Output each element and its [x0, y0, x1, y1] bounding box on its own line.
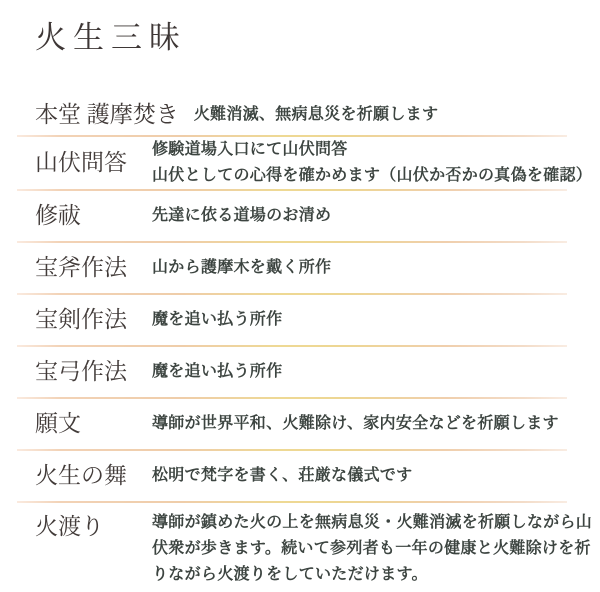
- ritual-schedule-table: 本堂 護摩焚き 火難消滅、無病息災を祈願します 山伏問答 修験道場入口にて山伏問…: [0, 95, 600, 592]
- ritual-description: 導師が鎮めた火の上を無病息災・火難消滅を祈願しながら山伏衆が歩きます。続いて参列…: [152, 510, 596, 588]
- ritual-term: 宝弓作法: [35, 358, 152, 386]
- ritual-description: 修験道場入口にて山伏問答 山伏としての心得を確かめます（山伏か否かの真偽を確認）: [152, 137, 592, 189]
- ritual-row: 宝弓作法 魔を追い払う所作: [0, 347, 600, 397]
- ritual-term: 山伏問答: [35, 149, 152, 177]
- ritual-term: 宝斧作法: [35, 254, 152, 282]
- ritual-description: 魔を追い払う所作: [152, 307, 282, 333]
- ritual-row: 山伏問答 修験道場入口にて山伏問答 山伏としての心得を確かめます（山伏か否かの真…: [0, 137, 600, 189]
- ritual-row: 宝剣作法 魔を追い払う所作: [0, 295, 600, 345]
- ritual-row: 本堂 護摩焚き 火難消滅、無病息災を祈願します: [0, 95, 600, 135]
- ritual-description: 山から護摩木を戴く所作: [152, 255, 331, 281]
- ritual-row: 願文 導師が世界平和、火難除け、家内安全などを祈願します: [0, 399, 600, 449]
- ritual-term: 火生の舞: [35, 462, 152, 490]
- ritual-term: 本堂 護摩焚き: [35, 101, 194, 129]
- ritual-row: 火生の舞 松明で梵字を書く、荘厳な儀式です: [0, 451, 600, 501]
- page-title: 火生三昧: [35, 19, 600, 57]
- ritual-schedule-page: 火生三昧 本堂 護摩焚き 火難消滅、無病息災を祈願します 山伏問答 修験道場入口…: [0, 0, 600, 592]
- ritual-description: 火難消滅、無病息災を祈願します: [194, 102, 439, 128]
- ritual-description: 魔を追い払う所作: [152, 359, 282, 385]
- ritual-description: 導師が世界平和、火難除け、家内安全などを祈願します: [152, 411, 559, 437]
- ritual-term: 願文: [35, 410, 152, 438]
- ritual-description: 先達に依る道場のお清め: [152, 203, 331, 229]
- ritual-row: 宝斧作法 山から護摩木を戴く所作: [0, 243, 600, 293]
- ritual-term: 宝剣作法: [35, 306, 152, 334]
- ritual-description: 松明で梵字を書く、荘厳な儀式です: [152, 463, 412, 489]
- ritual-term: 修祓: [35, 202, 152, 230]
- ritual-row: 修祓 先達に依る道場のお清め: [0, 191, 600, 241]
- ritual-row: 火渡り 導師が鎮めた火の上を無病息災・火難消滅を祈願しながら山伏衆が歩きます。続…: [0, 503, 600, 592]
- ritual-term: 火渡り: [35, 510, 152, 541]
